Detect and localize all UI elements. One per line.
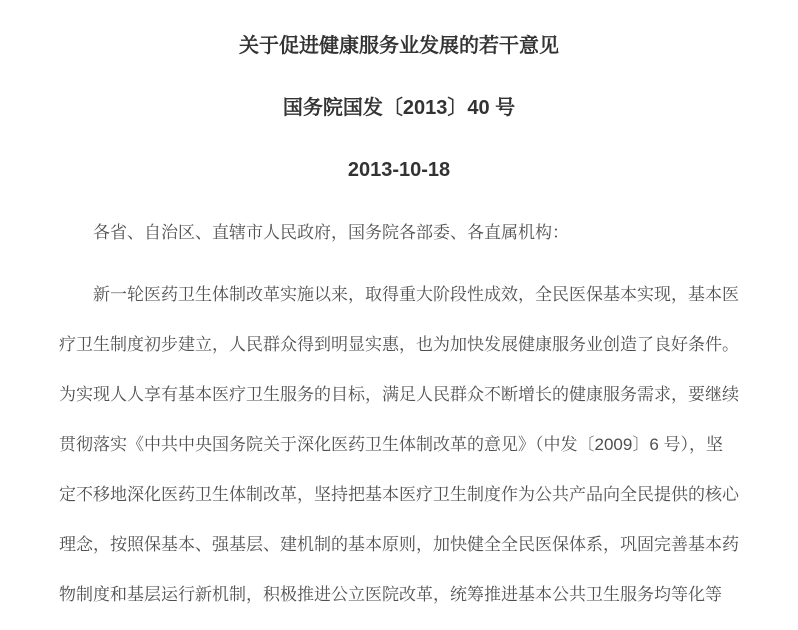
document-number: 国务院国发〔2013〕40 号 bbox=[59, 84, 739, 132]
document-page: 关于促进健康服务业发展的若干意见 国务院国发〔2013〕40 号 2013-10… bbox=[59, 0, 739, 620]
publish-date: 2013-10-18 bbox=[59, 146, 739, 194]
salutation-line: 各省、自治区、直辖市人民政府，国务院各部委、各直属机构： bbox=[59, 208, 739, 258]
body-paragraph: 新一轮医药卫生体制改革实施以来，取得重大阶段性成效，全民医保基本实现，基本医疗卫… bbox=[59, 270, 739, 620]
document-title: 关于促进健康服务业发展的若干意见 bbox=[59, 22, 739, 70]
